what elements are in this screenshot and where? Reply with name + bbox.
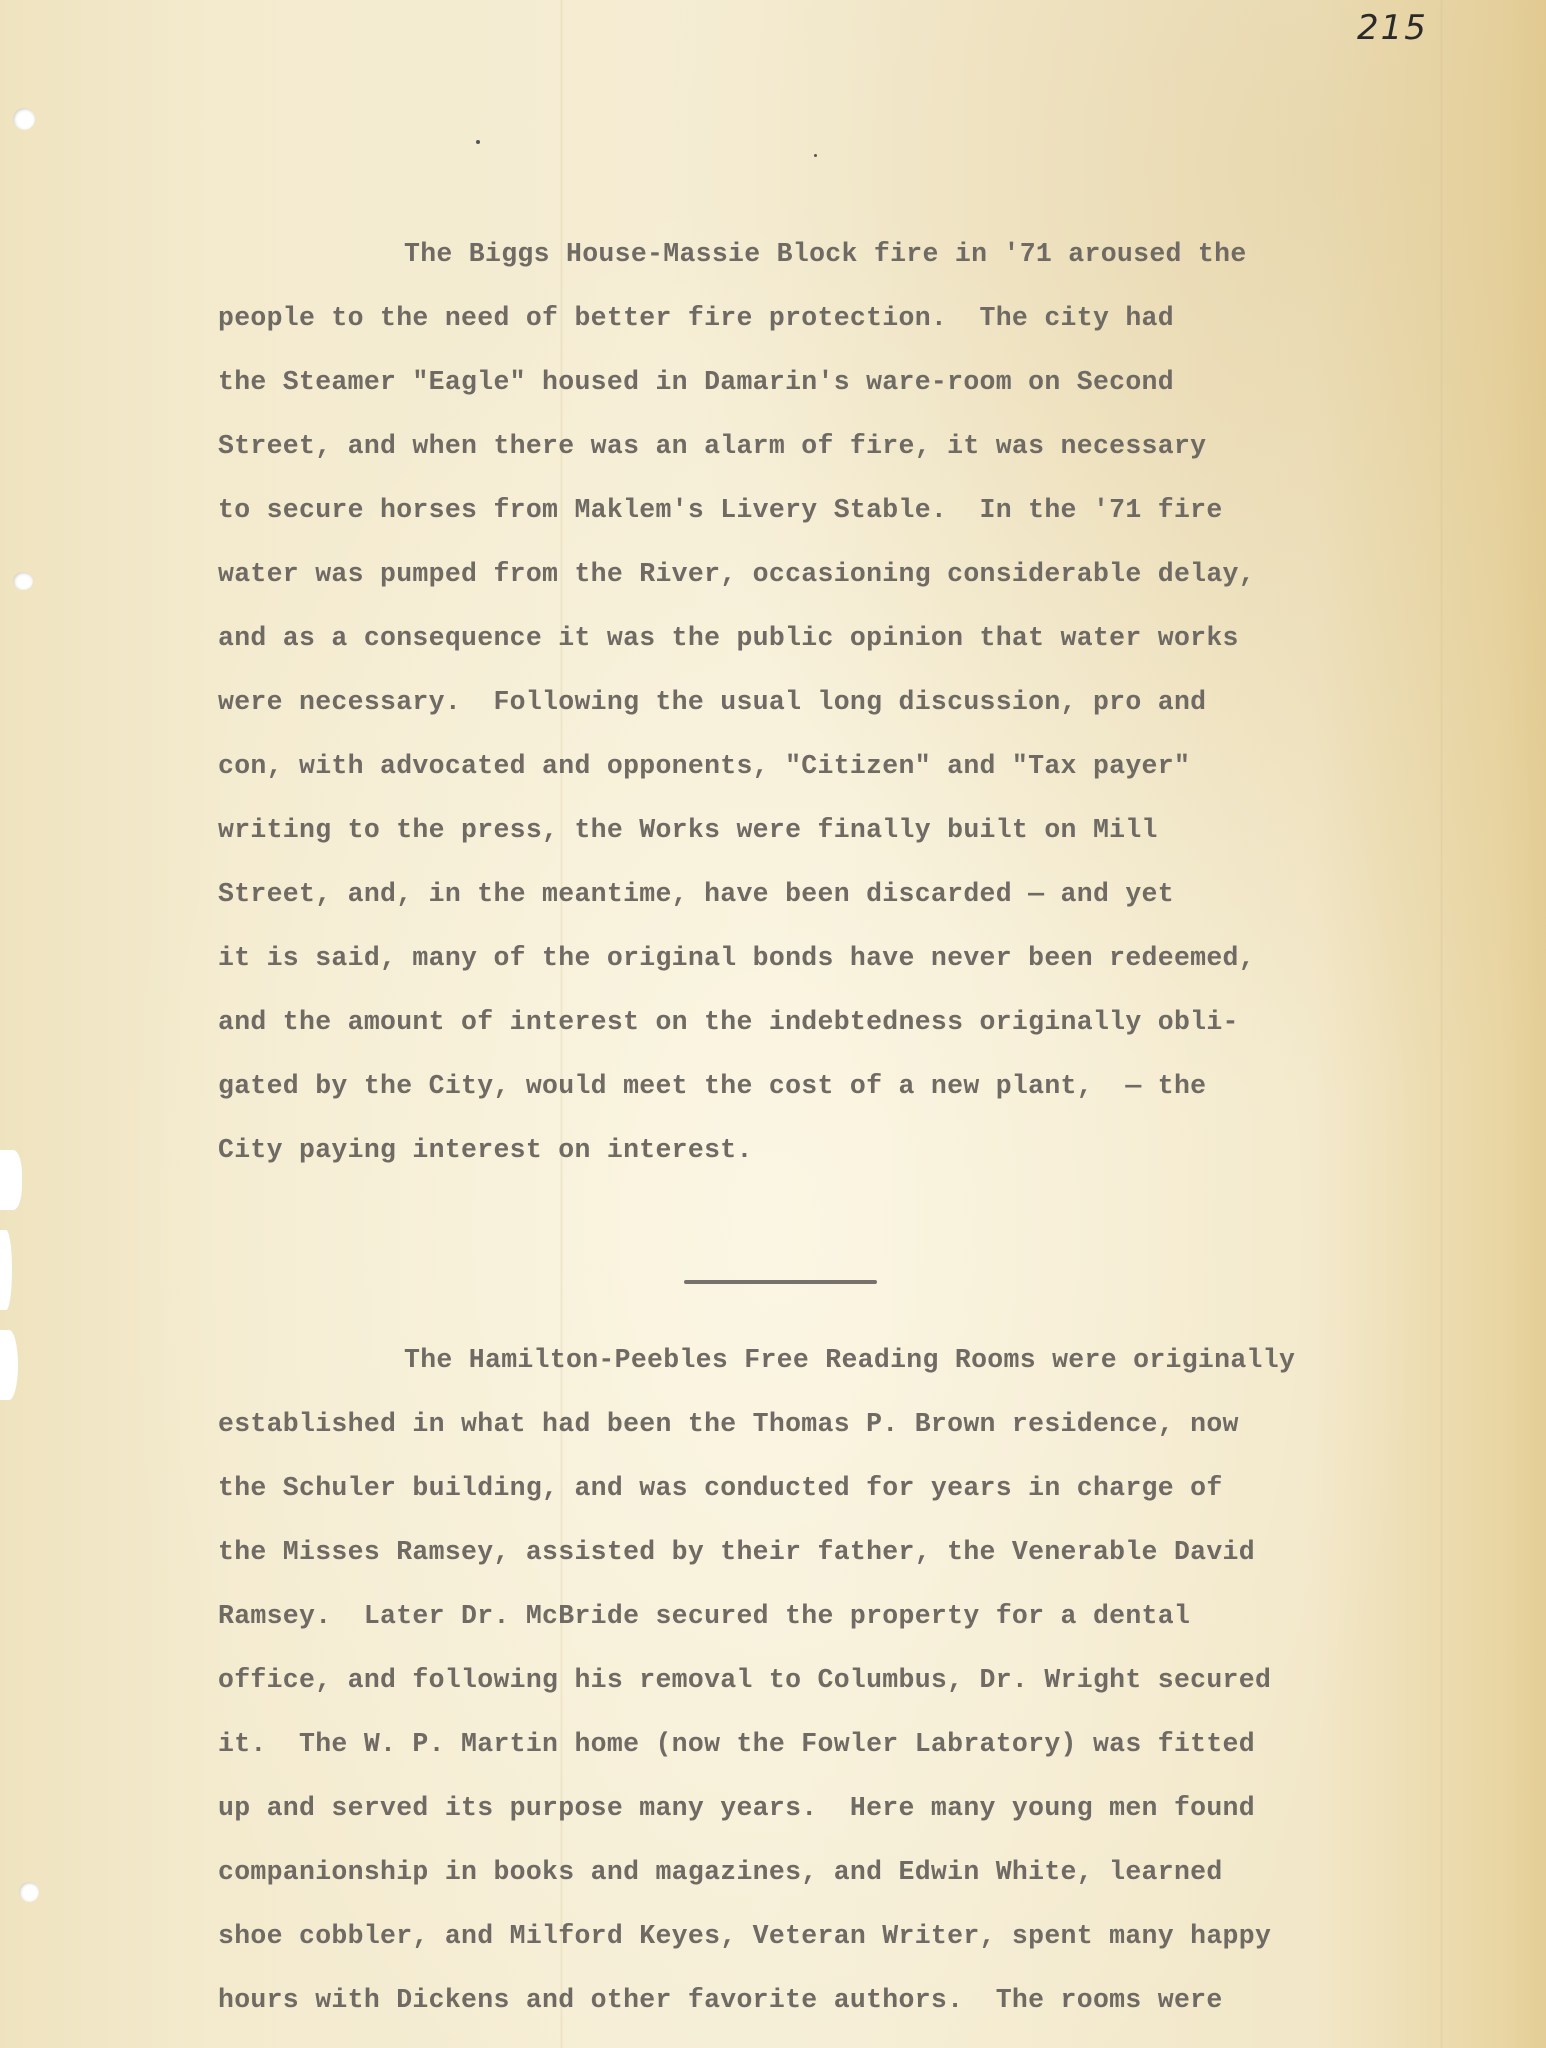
text-line: office, and following his removal to Col… [218,1648,1448,1712]
section-separator [218,1182,1448,1328]
text-line: water was pumped from the River, occasio… [218,542,1448,606]
text-line: City paying interest on interest. [218,1118,1448,1182]
punch-hole [13,572,33,590]
text-line: established in what had been the Thomas … [218,1392,1448,1456]
text-line: people to the need of better fire protec… [218,286,1448,350]
text-line: it. The W. P. Martin home (now the Fowle… [218,1712,1448,1776]
text-line: were necessary. Following the usual long… [218,670,1448,734]
text-line: The Hamilton-Peebles Free Reading Rooms … [218,1328,1448,1392]
typed-body-text: The Biggs House-Massie Block fire in '71… [218,222,1448,2032]
text-line: The Biggs House-Massie Block fire in '71… [218,222,1448,286]
paragraph-reading-rooms: The Hamilton-Peebles Free Reading Rooms … [218,1328,1448,2032]
torn-edge [0,1330,18,1400]
text-line: up and served its purpose many years. He… [218,1776,1448,1840]
text-line: con, with advocated and opponents, "Citi… [218,734,1448,798]
text-line: the Misses Ramsey, assisted by their fat… [218,1520,1448,1584]
torn-edge [0,1230,12,1310]
paragraph-water-works: The Biggs House-Massie Block fire in '71… [218,222,1448,1182]
text-line: the Schuler building, and was conducted … [218,1456,1448,1520]
torn-edge [0,1150,22,1210]
text-line: hours with Dickens and other favorite au… [218,1968,1448,2032]
page-number: 215 [1357,8,1428,48]
text-line: gated by the City, would meet the cost o… [218,1054,1448,1118]
stray-ink-mark [814,154,817,157]
text-line: and as a consequence it was the public o… [218,606,1448,670]
stray-ink-mark [476,140,480,144]
text-line: Street, and when there was an alarm of f… [218,414,1448,478]
text-line: the Steamer "Eagle" housed in Damarin's … [218,350,1448,414]
text-line: shoe cobbler, and Milford Keyes, Veteran… [218,1904,1448,1968]
text-line: Ramsey. Later Dr. McBride secured the pr… [218,1584,1448,1648]
text-line: writing to the press, the Works were fin… [218,798,1448,862]
text-line: and the amount of interest on the indebt… [218,990,1448,1054]
text-line: companionship in books and magazines, an… [218,1840,1448,1904]
text-line: it is said, many of the original bonds h… [218,926,1448,990]
text-line: Street, and, in the meantime, have been … [218,862,1448,926]
separator-rule [684,1280,877,1284]
punch-hole [13,108,35,130]
text-line: to secure horses from Maklem's Livery St… [218,478,1448,542]
document-page: 215 The Biggs House-Massie Block fire in… [0,0,1546,2048]
punch-hole [19,1882,39,1902]
